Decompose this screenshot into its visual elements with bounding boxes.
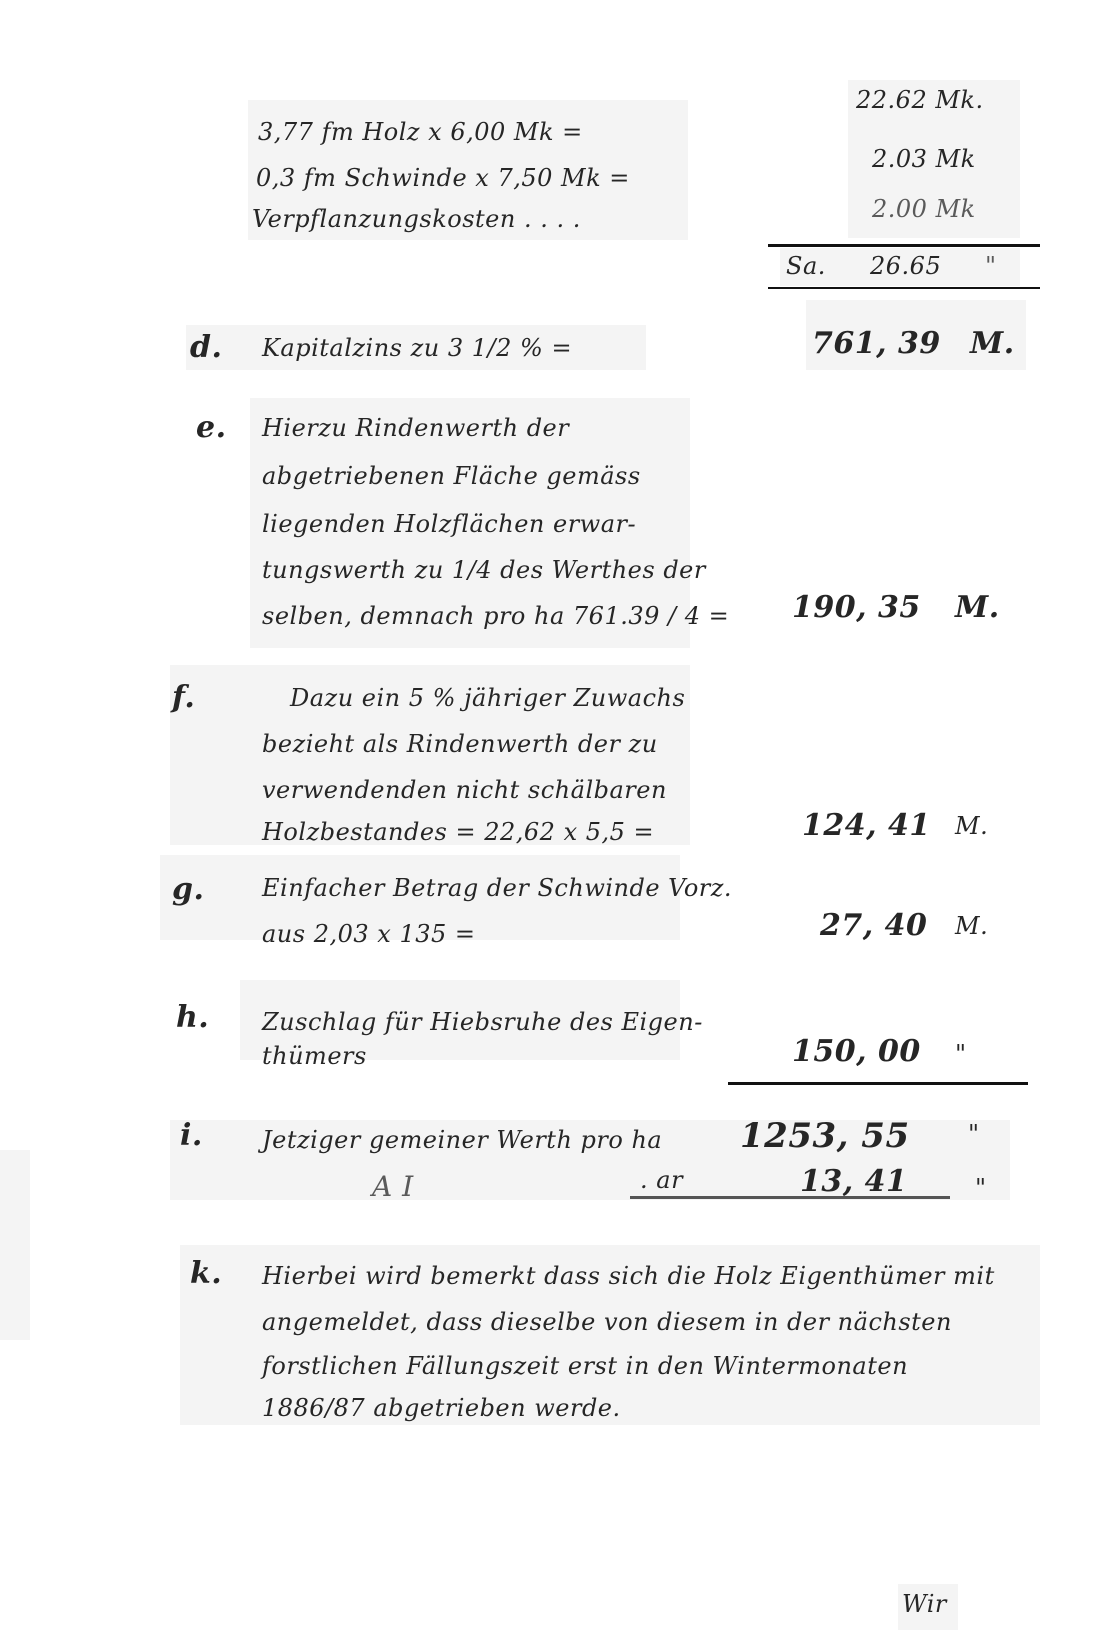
item-line: aus 2,03 x 135 = [262,920,476,948]
item-line: bezieht als Rindenwerth der zu [262,730,658,758]
note-label: k. [190,1256,222,1291]
item-amount: 124, 41 [802,808,931,843]
total-rule [728,1082,1028,1085]
subtotal-rule-bottom [768,287,1040,289]
top-line-2: 0,3 fm Schwinde x 7,50 Mk = [256,164,630,192]
top-line-3: Verpflanzungskosten . . . . [252,205,581,233]
item-unit: M. [955,590,1000,625]
total-sub-amount: 13, 41 [800,1164,907,1199]
subtotal-label: Sa. [786,252,826,280]
note-line: angemeldet, dass dieselbe von diesem in … [262,1308,952,1336]
subtotal-amount: 26.65 [870,252,941,280]
item-label: f. [172,680,195,715]
note-line: 1886/87 abgetrieben werde. [262,1394,621,1422]
item-label: e. [196,410,227,445]
item-line: Kapitalzins zu 3 1/2 % = [262,334,572,362]
item-amount: 27, 40 [820,908,927,943]
item-line: liegenden Holzflächen erwar- [262,510,636,538]
item-amount: 150, 00 [792,1034,921,1069]
item-unit: M. [970,326,1015,361]
total-sub-unit: " [975,1174,987,1202]
item-line: Hierzu Rindenwerth der [262,414,569,442]
total-sub-prefix: . ar [640,1166,683,1194]
item-label: g. [172,872,204,907]
subtotal-unit: " [985,252,997,280]
sub-amount-underline [630,1196,950,1199]
item-line: Dazu ein 5 % jähriger Zuwachs [290,684,685,712]
item-label: h. [176,1000,209,1035]
item-line: verwendenden nicht schälbaren [262,776,667,804]
item-unit: M. [955,812,988,840]
top-amount-3: 2.00 Mk [872,195,976,223]
item-line: Holzbestandes = 22,62 x 5,5 = [262,818,654,846]
note-line: forstlichen Fällungszeit erst in den Win… [262,1352,908,1380]
top-amount-1: 22.62 Mk. [856,86,984,114]
subtotal-rule-top [768,244,1040,247]
item-line: tungswerth zu 1/4 des Werthes der [262,556,706,584]
item-line: thümers [262,1042,367,1070]
note-line: Hierbei wird bemerkt dass sich die Holz … [262,1262,995,1290]
item-line: abgetriebenen Fläche gemäss [262,462,641,490]
total-text: Jetziger gemeiner Werth pro ha [262,1126,662,1154]
item-unit: " [955,1040,967,1068]
total-sub-note: A I [372,1170,414,1203]
top-amount-2: 2.03 Mk [872,145,976,173]
total-amount: 1253, 55 [740,1116,910,1156]
item-line: selben, demnach pro ha 761.39 / 4 = [262,602,729,630]
item-line: Einfacher Betrag der Schwinde Vorz. [262,874,732,902]
total-unit: " [968,1120,980,1148]
item-amount: 190, 35 [792,590,921,625]
total-label: i. [180,1118,203,1153]
page-catchword: Wir [902,1590,947,1618]
scan-patch [0,1150,30,1340]
item-unit: M. [955,912,988,940]
item-line: Zuschlag für Hiebsruhe des Eigen- [262,1008,703,1036]
top-line-1: 3,77 fm Holz x 6,00 Mk = [258,118,583,146]
item-amount: 761, 39 [812,326,941,361]
item-label: d. [190,330,222,365]
